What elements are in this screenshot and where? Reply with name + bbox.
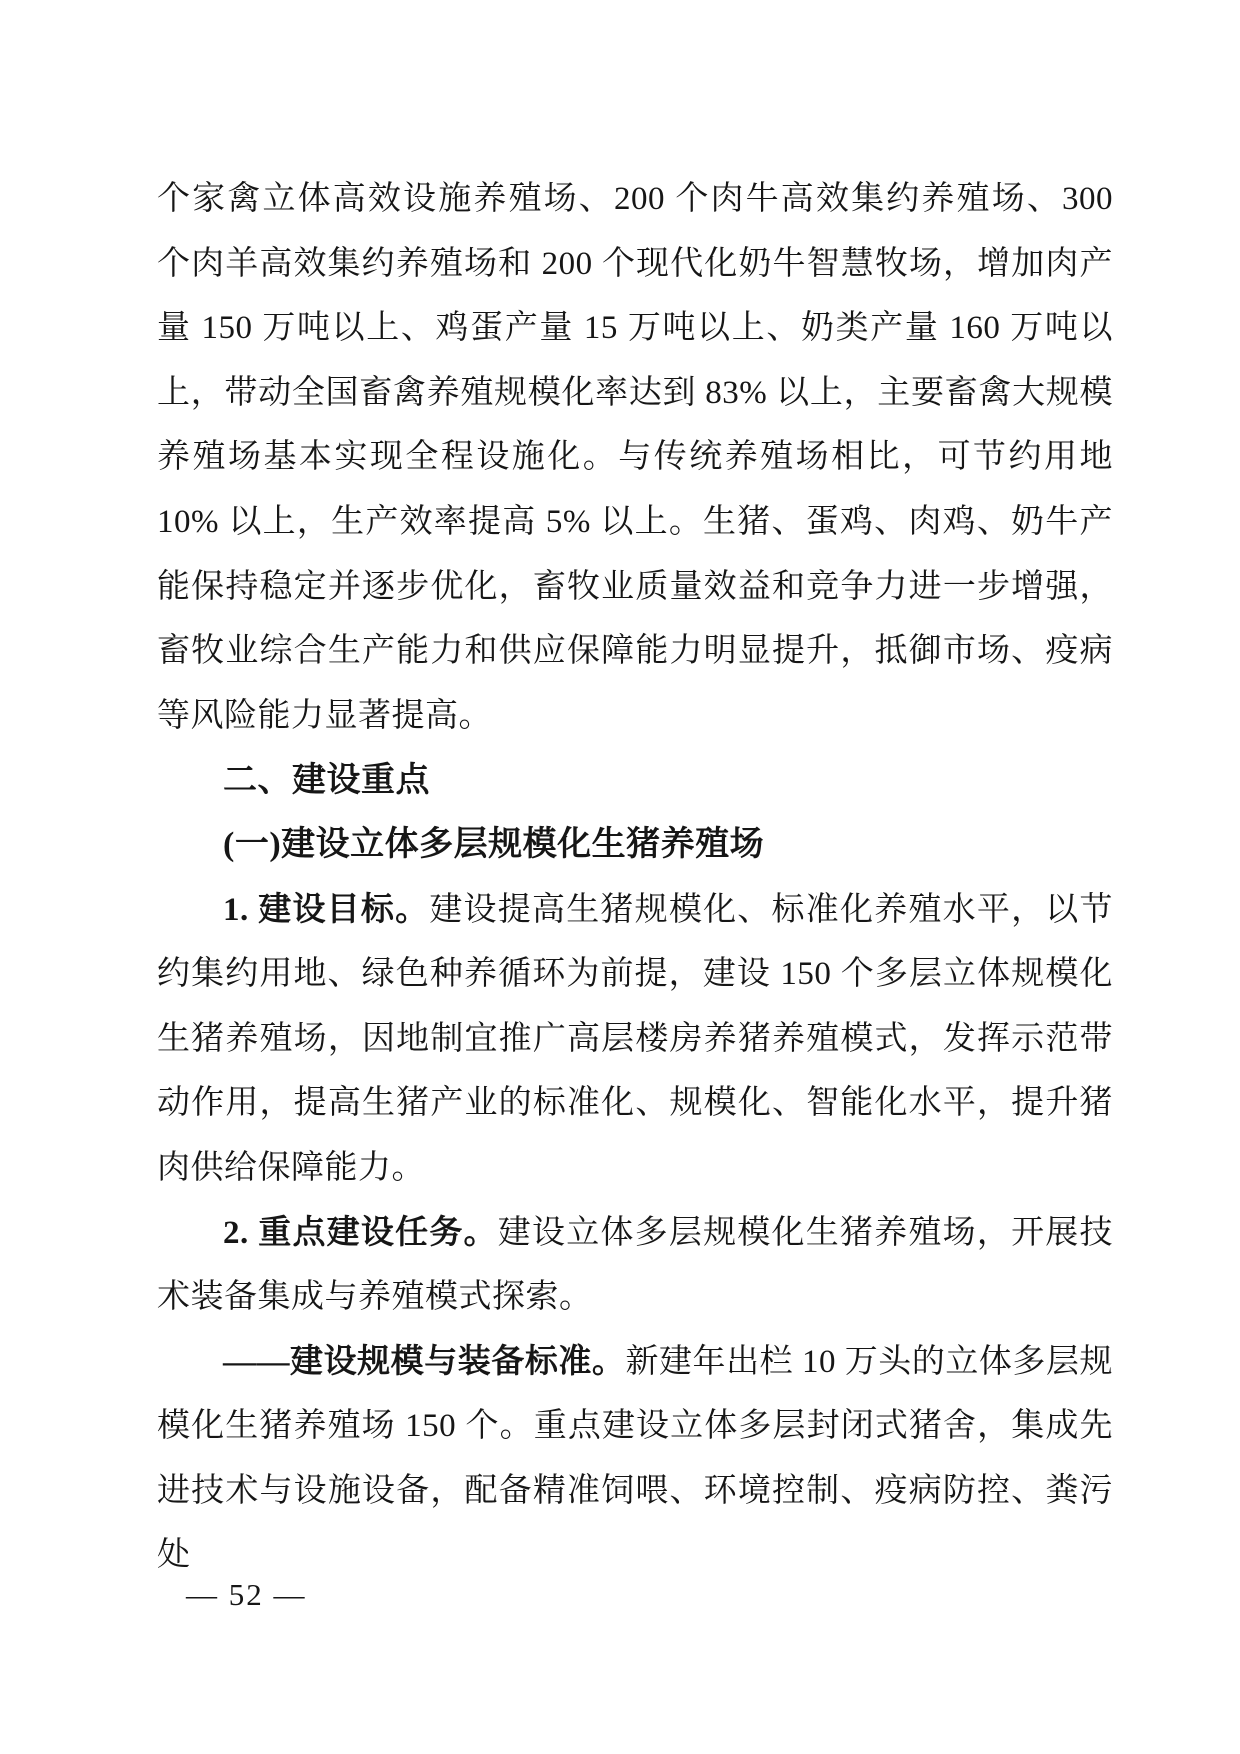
document-body: 个家禽立体高效设施养殖场、200 个肉牛高效集约养殖场、300 个肉羊高效集约养…	[157, 167, 1113, 1588]
text-run: 建设提高生猪规模化、标准化养殖水平，以节约集约用地、绿色种养循环为前提，建设 1…	[157, 892, 1113, 1186]
bold-run: 1. 建设目标。	[223, 892, 429, 928]
subsection-heading: (一)建设立体多层规模化生猪养殖场	[157, 813, 1113, 878]
document-page: 个家禽立体高效设施养殖场、200 个肉牛高效集约养殖场、300 个肉羊高效集约养…	[0, 0, 1240, 1754]
page-number: — 52 —	[186, 1576, 307, 1614]
bold-run: ——建设规模与装备标准。	[223, 1344, 625, 1380]
paragraph: 个家禽立体高效设施养殖场、200 个肉牛高效集约养殖场、300 个肉羊高效集约养…	[157, 167, 1113, 748]
section-heading: 二、建设重点	[157, 748, 1113, 813]
paragraph: 2. 重点建设任务。建设立体多层规模化生猪养殖场，开展技术装备集成与养殖模式探索…	[157, 1201, 1113, 1330]
bold-run: (一)建设立体多层规模化生猪养殖场	[223, 826, 764, 863]
paragraph: 1. 建设目标。建设提高生猪规模化、标准化养殖水平，以节约集约用地、绿色种养循环…	[157, 878, 1113, 1201]
text-run: 个家禽立体高效设施养殖场、200 个肉牛高效集约养殖场、300 个肉羊高效集约养…	[157, 181, 1113, 734]
paragraph: ——建设规模与装备标准。新建年出栏 10 万头的立体多层规模化生猪养殖场 150…	[157, 1330, 1113, 1588]
bold-run: 二、建设重点	[223, 761, 430, 799]
bold-run: 2. 重点建设任务。	[223, 1215, 498, 1251]
